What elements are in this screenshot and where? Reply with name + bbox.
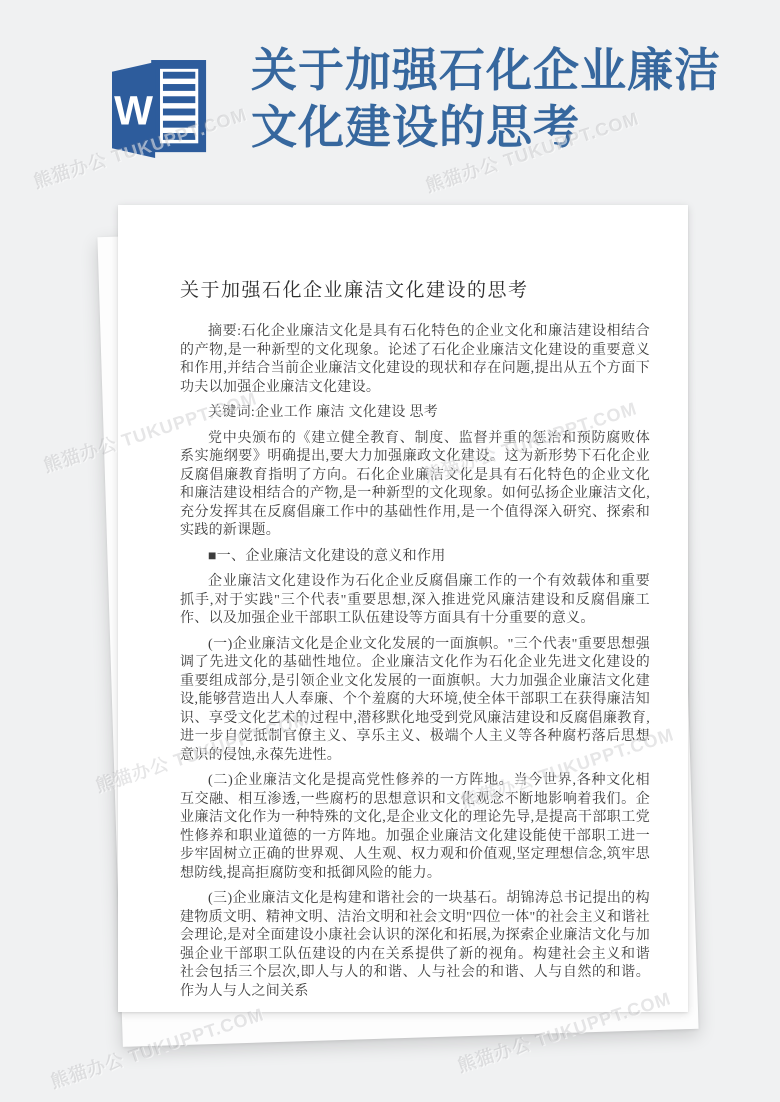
doc-title: 关于加强石化企业廉洁文化建设的思考	[180, 277, 650, 305]
document-page: 关于加强石化企业廉洁文化建设的思考 摘要:石化企业廉洁文化是具有石化特色的企业文…	[118, 205, 688, 1012]
word-icon: W	[112, 56, 210, 164]
doc-paragraph-point1: (一)企业廉洁文化是企业文化发展的一面旗帜。"三个代表"重要思想强调了先进文化的…	[180, 636, 650, 766]
doc-paragraph-section-lead: 企业廉洁文化建设作为石化企业反腐倡廉工作的一个有效载体和重要抓手,对于实践"三个…	[180, 573, 650, 629]
doc-paragraph-intro: 党中央颁布的《建立健全教育、制度、监督并重的惩治和预防腐败体系实施纲要》明确提出…	[180, 430, 650, 541]
doc-paragraph-point3: (三)企业廉洁文化是构建和谐社会的一块基石。胡锦涛总书记提出的构建物质文明、精神…	[180, 890, 650, 1001]
header-title-line2: 文化建设的思考	[251, 99, 751, 156]
word-icon-panel: W	[112, 62, 155, 158]
doc-section-heading: ■一、企业廉洁文化建设的意义和作用	[180, 548, 650, 567]
header: W 关于加强石化企业廉洁 文化建设的思考	[0, 0, 780, 200]
header-title: 关于加强石化企业廉洁 文化建设的思考	[251, 42, 751, 156]
word-icon-page	[151, 60, 206, 152]
doc-paragraph-point2: (二)企业廉洁文化是提高党性修养的一方阵地。当今世界,各种文化相互交融、相互渗透…	[180, 772, 650, 883]
doc-paragraph-abstract: 摘要:石化企业廉洁文化是具有石化特色的企业文化和廉洁建设相结合的产物,是一种新型…	[180, 323, 650, 397]
header-title-line1: 关于加强石化企业廉洁	[251, 42, 751, 99]
word-icon-letter: W	[114, 88, 153, 134]
doc-paragraph-keywords: 关键词:企业工作 廉洁 文化建设 思考	[180, 404, 650, 423]
preview-canvas: W 关于加强石化企业廉洁 文化建设的思考 关于加强石化企业廉洁文化建设的思考 摘…	[0, 0, 780, 1102]
